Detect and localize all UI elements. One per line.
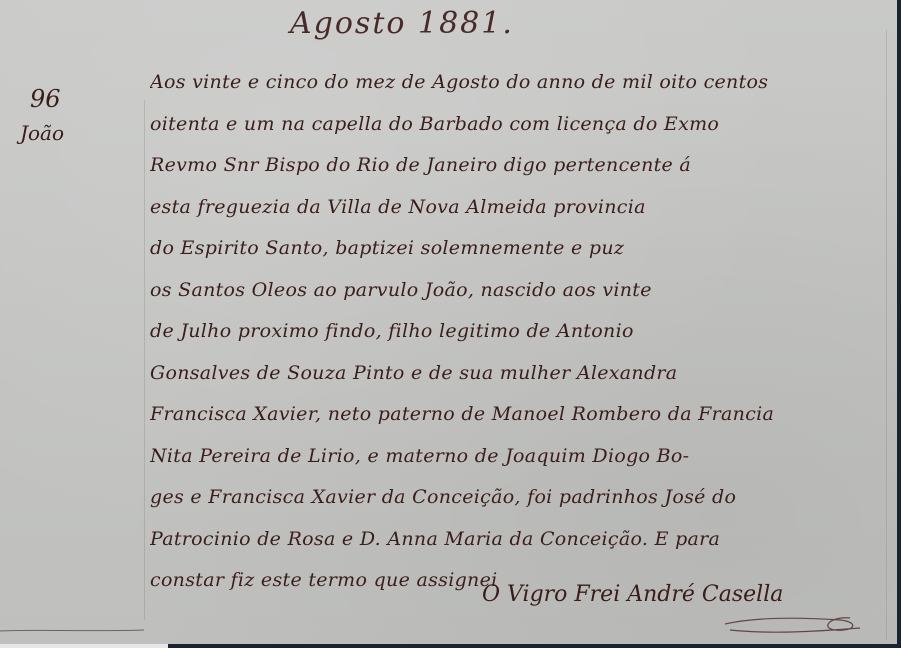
entry-number: 96 [8,82,108,116]
margin-note: 96 João [8,82,108,150]
text-line: Gonsalves de Souza Pinto e de sua mulher… [150,353,890,395]
text-line: esta freguezia da Villa de Nova Almeida … [150,187,890,229]
text-line: do Espirito Santo, baptizei solemnemente… [150,228,890,270]
signature: O Vigro Frei André Casella [482,582,882,607]
text-line: oitenta e um na capella do Barbado com l… [150,104,890,146]
left-margin-rule [144,100,145,620]
text-line: ges e Francisca Xavier da Conceição, foi… [150,477,890,519]
text-line: os Santos Oleos ao parvulo João, nascido… [150,270,890,312]
page-heading: Agosto 1881. [290,6,610,46]
text-line: Francisca Xavier, neto paterno de Manoel… [150,394,890,436]
text-line: Revmo Snr Bispo do Rio de Janeiro digo p… [150,145,890,187]
stray-ink-stroke [0,628,145,634]
signature-flourish [720,610,870,644]
bottom-edge-strip [0,644,168,648]
entry-name: João [8,116,108,150]
text-line: Nita Pereira de Lirio, e materno de Joaq… [150,436,890,478]
document-page: Agosto 1881. 96 João Aos vinte e cinco d… [0,0,897,644]
text-line: Patrocinio de Rosa e D. Anna Maria da Co… [150,519,890,561]
text-line: de Julho proximo findo, filho legitimo d… [150,311,890,353]
text-line: Aos vinte e cinco do mez de Agosto do an… [150,62,890,104]
record-body: Aos vinte e cinco do mez de Agosto do an… [150,62,890,602]
